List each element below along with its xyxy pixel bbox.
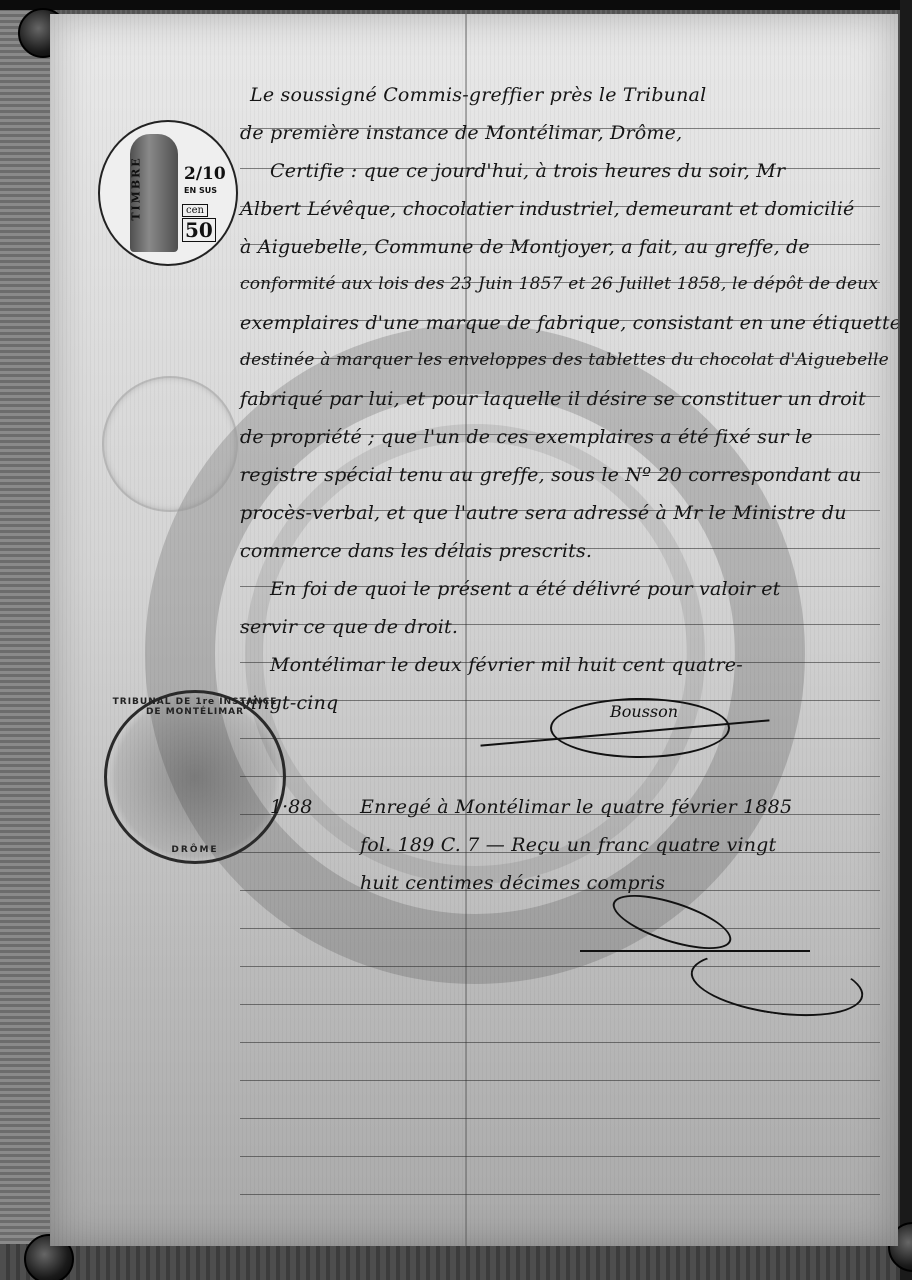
registration-line: Enregé à Montélimar le quatre février 18…: [360, 796, 890, 818]
text-line: registre spécial tenu au greffe, sous le…: [240, 464, 890, 486]
stamp-value: 2/10: [184, 166, 226, 183]
text-line: conformité aux lois des 23 Juin 1857 et …: [240, 274, 890, 294]
document-page: TIMBRE 2/10 EN SUS cen 50 Le soussigné C…: [50, 14, 898, 1246]
text-line: fabriqué par lui, et pour laquelle il dé…: [240, 388, 890, 410]
signature-greffier: Bousson: [480, 698, 780, 758]
stamp-amount: 50: [182, 218, 216, 242]
text-line: Le soussigné Commis-greffier près le Tri…: [250, 84, 898, 106]
text-line: Montélimar le deux février mil huit cent…: [270, 654, 898, 676]
text-line: à Aiguebelle, Commune de Montjoyer, a fa…: [240, 236, 890, 258]
stamp-label: TIMBRE: [130, 156, 143, 220]
signature-receveur: [610, 902, 898, 1032]
registration-line: fol. 189 C. 7 — Reçu un franc quatre vin…: [360, 834, 890, 856]
signature-flourish: [687, 942, 868, 1026]
ruled-line: [240, 1118, 880, 1119]
text-line: En foi de quoi le présent a été délivré …: [270, 578, 898, 600]
board-bottom-edge: [0, 1244, 912, 1280]
text-line: exemplaires d'une marque de fabrique, co…: [240, 312, 890, 334]
ruled-line: [240, 776, 880, 777]
text-line: de première instance de Montélimar, Drôm…: [240, 122, 890, 144]
text-line: Certifie : que ce jourd'hui, à trois heu…: [270, 160, 898, 182]
ruled-line: [240, 1156, 880, 1157]
signature-stroke: [580, 950, 810, 952]
stamp-cent: cen: [182, 204, 208, 217]
signature-name: Bousson: [610, 702, 678, 721]
board-left-edge: [0, 0, 50, 1280]
embossed-seal: [102, 376, 238, 512]
stamp-sub: EN SUS: [184, 186, 217, 195]
seal-text-bottom: DRÔME: [107, 845, 283, 855]
ruled-line: [240, 1194, 880, 1195]
text-line: procès-verbal, et que l'autre sera adres…: [240, 502, 890, 524]
ruled-line: [240, 1080, 880, 1081]
text-line: de propriété ; que l'un de ces exemplair…: [240, 426, 890, 448]
seal-text-top: TRIBUNAL DE 1re INSTANCE DE MONTÉLIMAR: [107, 697, 283, 717]
registration-line: huit centimes décimes compris: [360, 872, 890, 894]
text-line: destinée à marquer les enveloppes des ta…: [240, 350, 890, 370]
text-line: commerce dans les délais prescrits.: [240, 540, 890, 562]
right-edge: [900, 0, 912, 1280]
ruled-line: [240, 1042, 880, 1043]
tribunal-seal: TRIBUNAL DE 1re INSTANCE DE MONTÉLIMAR D…: [104, 690, 286, 864]
top-edge: [0, 0, 912, 10]
text-line: Albert Lévêque, chocolatier industriel, …: [240, 198, 890, 220]
registration-amount: 1·88: [270, 796, 312, 818]
text-line: servir ce que de droit.: [240, 616, 890, 638]
fiscal-stamp: TIMBRE 2/10 EN SUS cen 50: [98, 120, 238, 266]
